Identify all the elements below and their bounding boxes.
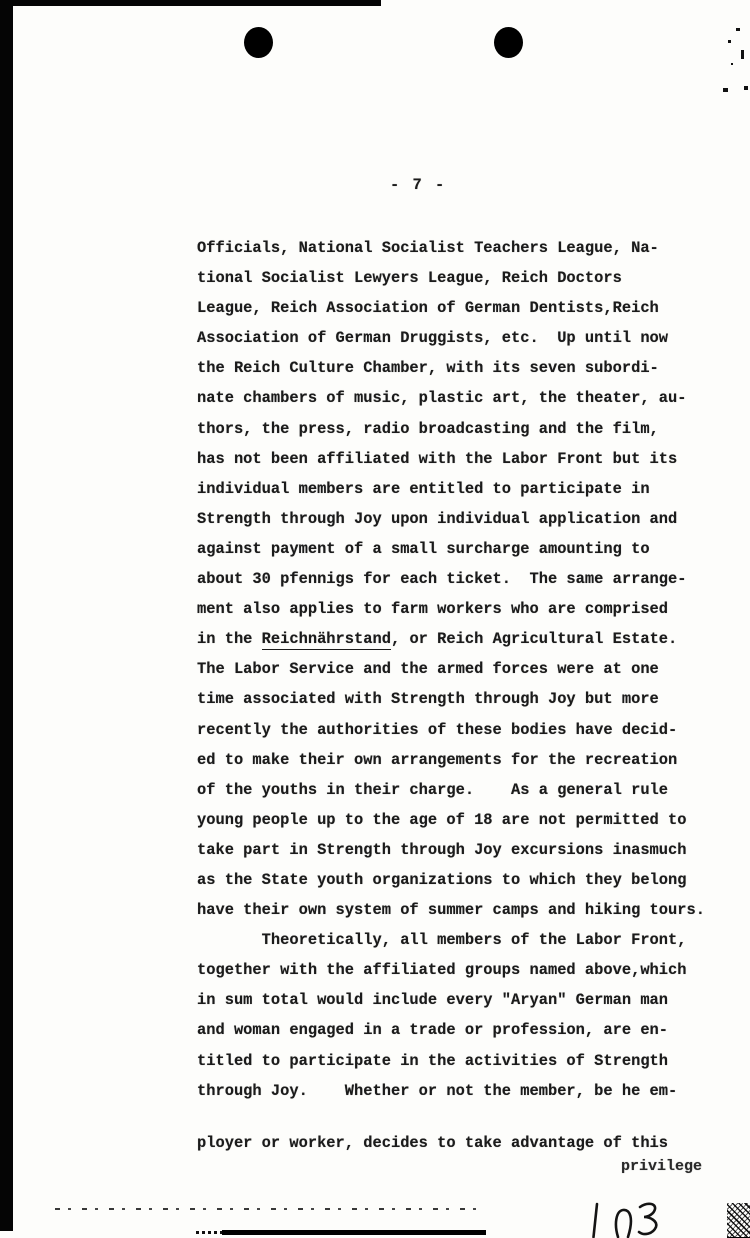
typewritten-line: The Labor Service and the armed forces w…: [197, 654, 705, 684]
typewritten-line: in the Reichnährstand, or Reich Agricult…: [197, 624, 705, 654]
typewritten-line: recently the authorities of these bodies…: [197, 715, 705, 745]
typewritten-line: against payment of a small surcharge amo…: [197, 534, 705, 564]
typewritten-line: individual members are entitled to parti…: [197, 474, 705, 504]
typewritten-line: ployer or worker, decides to take advant…: [197, 1128, 705, 1158]
scan-noise: [741, 50, 744, 59]
typewritten-line: the Reich Culture Chamber, with its seve…: [197, 353, 705, 383]
catchword: privilege: [621, 1158, 702, 1175]
solid-rule: [222, 1230, 486, 1235]
typewritten-line: thors, the press, radio broadcasting and…: [197, 414, 705, 444]
handwritten-page-number: 103: [580, 1193, 675, 1238]
typewritten-line: about 30 pfennigs for each ticket. The s…: [197, 564, 705, 594]
dashed-rule: [55, 1208, 487, 1210]
scan-noise: [728, 40, 731, 43]
typewritten-line: Theoretically, all members of the Labor …: [197, 925, 705, 955]
dashed-rule-fragment: [196, 1231, 222, 1234]
scan-edge-bar: [13, 0, 381, 6]
typewritten-line: ed to make their own arrangements for th…: [197, 745, 705, 775]
typewritten-line: take part in Strength through Joy excurs…: [197, 835, 705, 865]
scan-noise: [736, 28, 740, 31]
typewritten-line: together with the affiliated groups name…: [197, 955, 705, 985]
scan-edge-strip: [0, 0, 13, 1231]
hole-punch-dot: [494, 27, 523, 58]
typewritten-line: young people up to the age of 18 are not…: [197, 805, 705, 835]
page-number-header: - 7 -: [390, 176, 446, 194]
typewritten-line: as the State youth organizations to whic…: [197, 865, 705, 895]
typewritten-line: ment also applies to farm workers who ar…: [197, 594, 705, 624]
typewritten-line: titled to participate in the activities …: [197, 1046, 705, 1076]
scan-noise: [723, 88, 728, 92]
scan-noise: [731, 63, 733, 65]
typewritten-text: Officials, National Socialist Teachers L…: [197, 233, 705, 1158]
typewritten-line: tional Socialist Lewyers League, Reich D…: [197, 263, 705, 293]
typewritten-line: time associated with Strength through Jo…: [197, 684, 705, 714]
typewritten-line: Association of German Druggists, etc. Up…: [197, 323, 705, 353]
typewritten-line: Officials, National Socialist Teachers L…: [197, 233, 705, 263]
scan-noise-block: [727, 1203, 750, 1238]
typewritten-line: through Joy. Whether or not the member, …: [197, 1076, 705, 1106]
typewritten-line: Strength through Joy upon individual app…: [197, 504, 705, 534]
typewritten-line: have their own system of summer camps an…: [197, 895, 705, 925]
scan-noise: [744, 86, 748, 90]
scanned-document-page: - 7 - Officials, National Socialist Teac…: [0, 0, 750, 1238]
typewritten-line: has not been affiliated with the Labor F…: [197, 444, 705, 474]
typewritten-line: and woman engaged in a trade or professi…: [197, 1015, 705, 1045]
typewritten-line: of the youths in their charge. As a gene…: [197, 775, 705, 805]
typewritten-line: League, Reich Association of German Dent…: [197, 293, 705, 323]
typewritten-line: nate chambers of music, plastic art, the…: [197, 383, 705, 413]
handwritten-digits-drawing: [580, 1193, 675, 1238]
hole-punch-dot: [244, 27, 273, 58]
typewritten-line: in sum total would include every "Aryan"…: [197, 985, 705, 1015]
